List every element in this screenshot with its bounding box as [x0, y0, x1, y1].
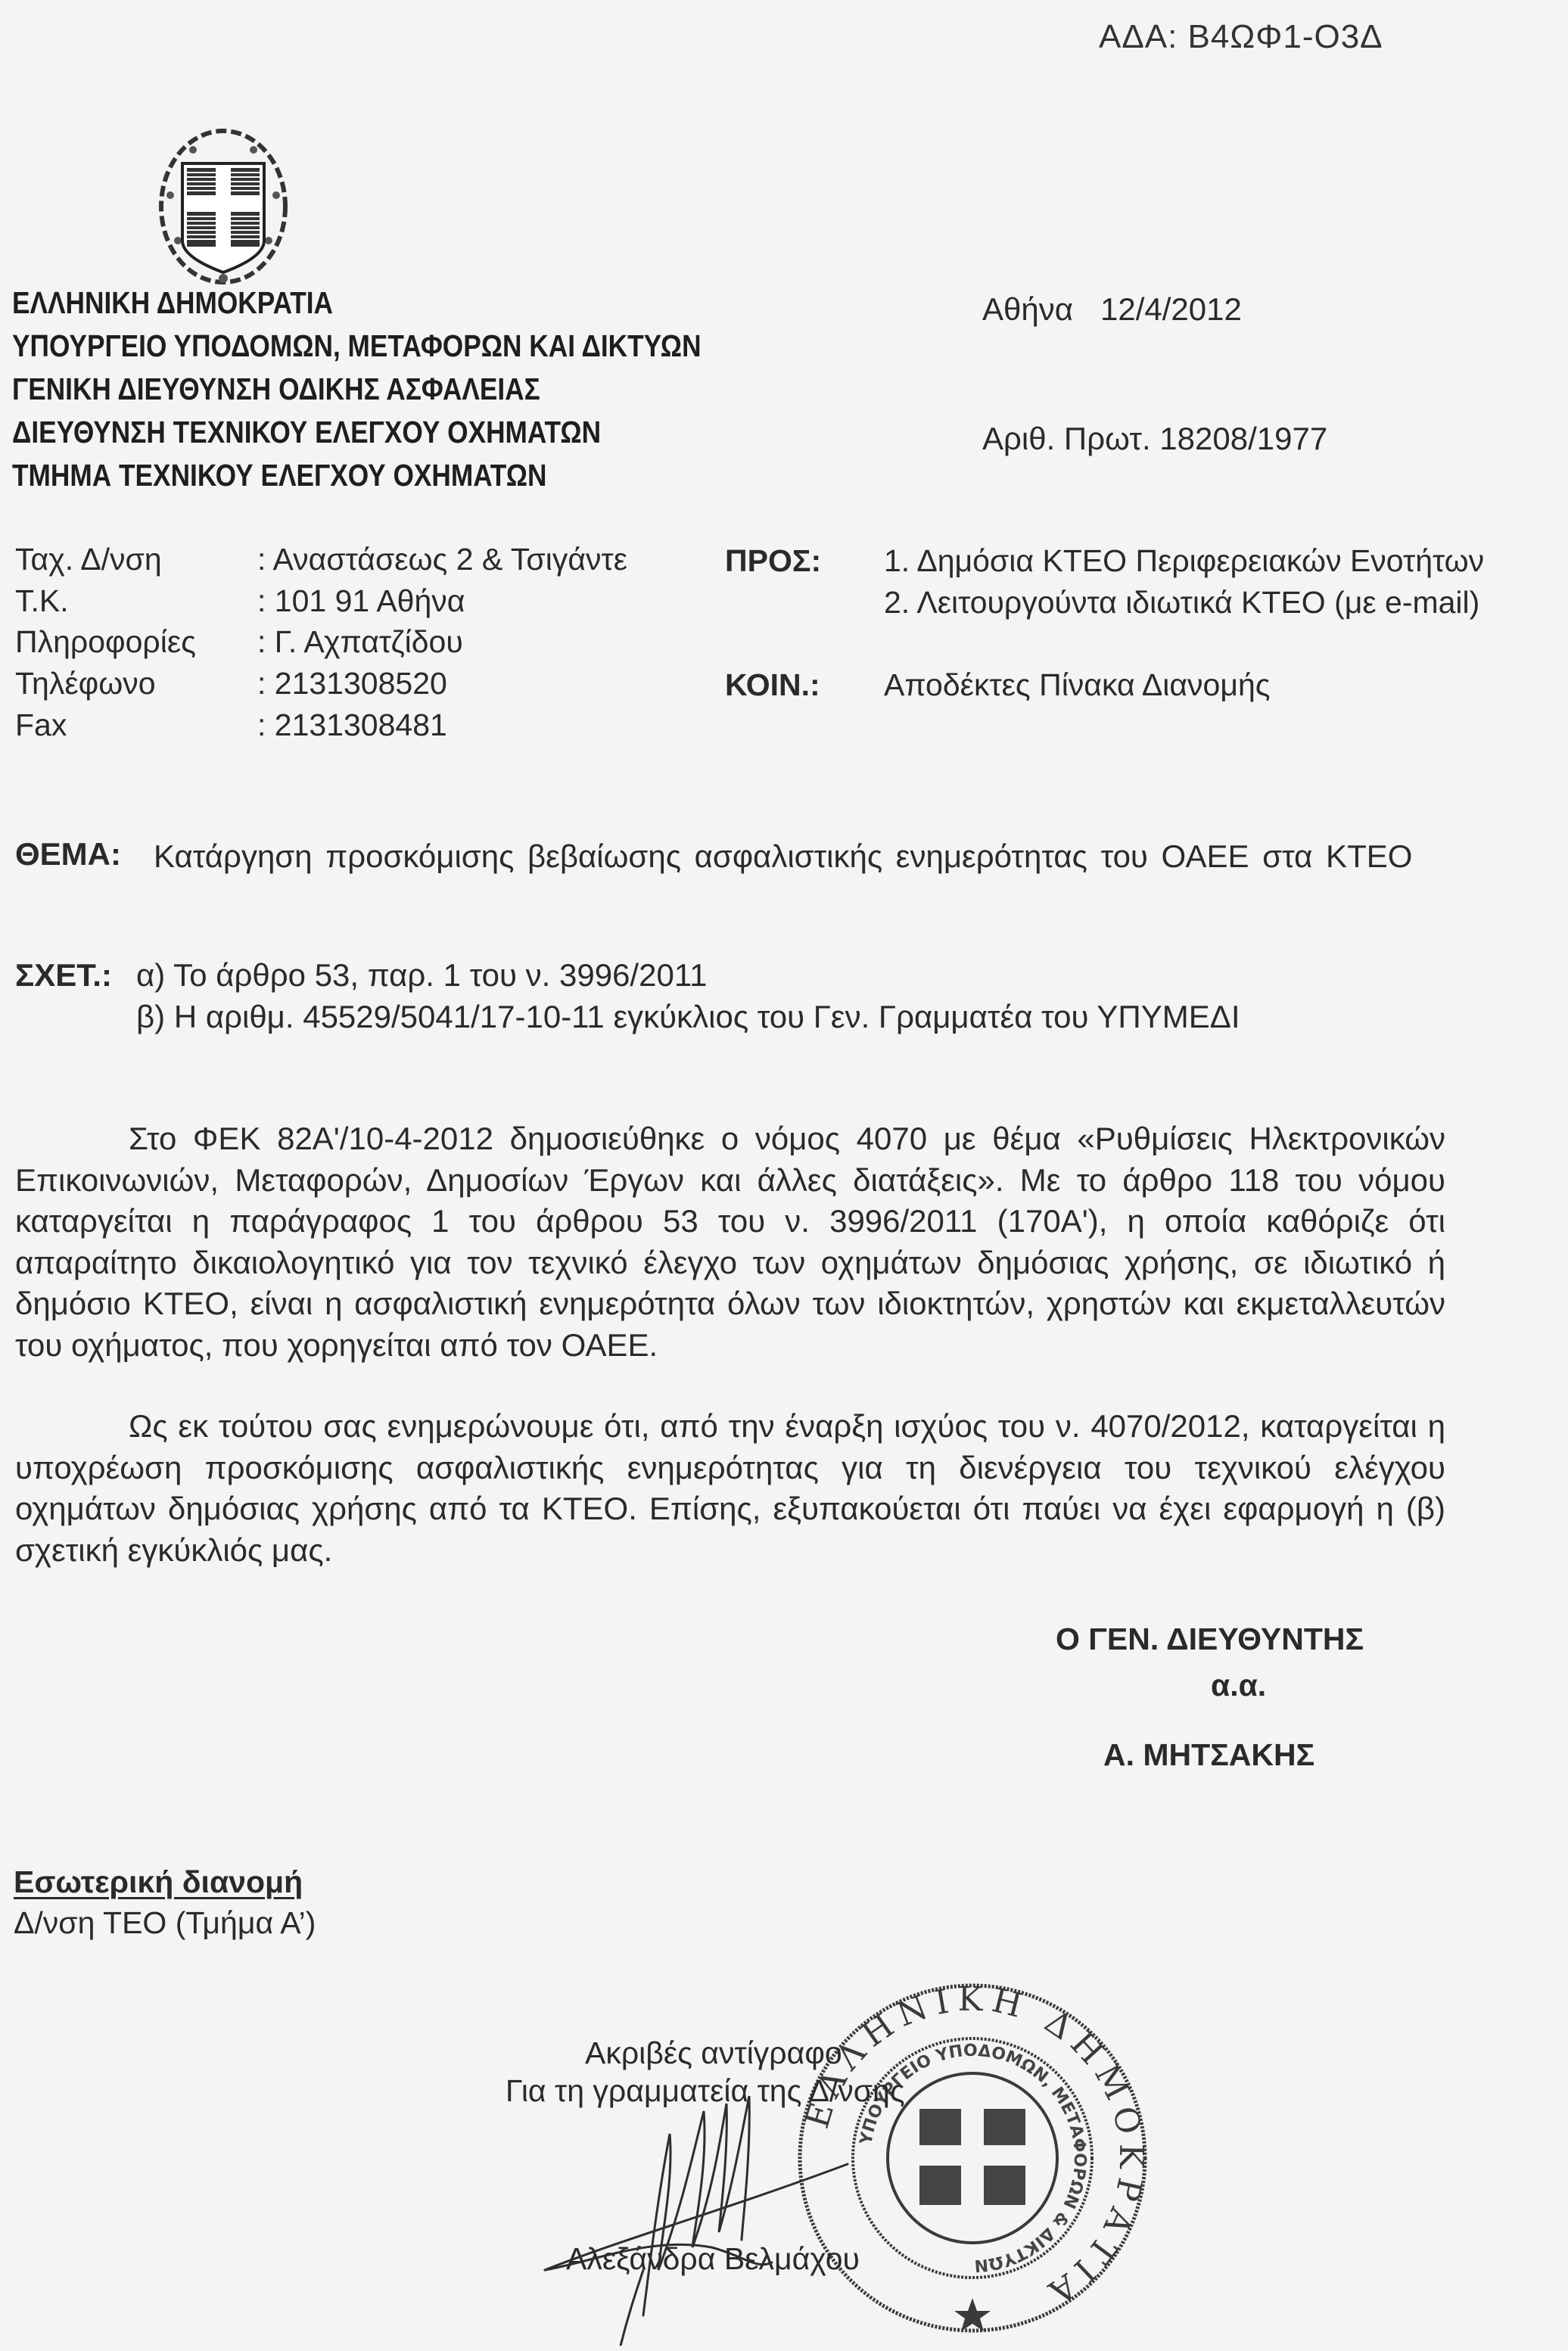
- recipients-cc-value: Αποδέκτες Πίνακα Διανομής: [884, 667, 1271, 703]
- date-value: 12/4/2012: [1100, 291, 1242, 327]
- related-label: ΣΧΕΤ.:: [15, 957, 112, 994]
- recipients-cc-label: ΚΟΙΝ.:: [725, 667, 820, 703]
- contact-value-address: : Αναστάσεως 2 & Τσιγάντε: [257, 542, 627, 577]
- contact-label-info: Πληροφορίες: [15, 624, 196, 660]
- contact-value-phone: : 2131308520: [257, 666, 447, 701]
- recipient-item: 1. Δημόσια ΚΤΕΟ Περιφερειακών Ενοτήτων: [884, 543, 1484, 579]
- ada-code: ΑΔΑ: Β4ΩΦ1-Ο3Δ: [1099, 18, 1383, 56]
- header-directorate: ΔΙΕΥΘΥΝΣΗ ΤΕΧΝΙΚΟΥ ΕΛΕΓΧΟΥ ΟΧΗΜΑΤΩΝ: [12, 415, 601, 450]
- body-paragraph-text: Ως εκ τούτου σας ενημερώνουμε ότι, από τ…: [15, 1408, 1445, 1568]
- related-item: α) Το άρθρο 53, παρ. 1 του ν. 3996/2011: [136, 957, 707, 994]
- signatory-name: Α. ΜΗΤΣΑΚΗΣ: [1103, 1737, 1314, 1773]
- contact-label-fax: Fax: [15, 707, 67, 743]
- contact-value-fax: : 2131308481: [257, 707, 447, 743]
- header-department: ΤΜΗΜΑ ΤΕΧΝΙΚΟΥ ΕΛΕΓΧΟΥ ΟΧΗΜΑΤΩΝ: [12, 458, 546, 493]
- date-place: Αθήνα: [982, 291, 1073, 327]
- body-paragraph: Ως εκ τούτου σας ενημερώνουμε ότι, από τ…: [15, 1406, 1445, 1571]
- header-general-directorate: ΓΕΝΙΚΗ ΔΙΕΥΘΥΝΣΗ ΟΔΙΚΗΣ ΑΣΦΑΛΕΙΑΣ: [12, 372, 540, 407]
- contact-value-postcode: : 101 91 Αθήνα: [257, 583, 465, 619]
- greek-coat-of-arms-icon: [148, 127, 299, 294]
- contact-label-postcode: Τ.Κ.: [15, 583, 69, 619]
- protocol-label: Αριθ. Πρωτ.: [982, 421, 1151, 456]
- subject-text: Κατάργηση προσκόμισης βεβαίωσης ασφαλιστ…: [154, 836, 1444, 877]
- signatory-on-behalf: α.α.: [1211, 1668, 1266, 1703]
- header-republic: ΕΛΛΗΝΙΚΗ ΔΗΜΟΚΡΑΤΙΑ: [12, 285, 333, 321]
- body-paragraph-text: Στο ΦΕΚ 82Α'/10-4-2012 δημοσιεύθηκε ο νό…: [15, 1121, 1445, 1363]
- contact-label-address: Ταχ. Δ/νση: [15, 542, 162, 577]
- internal-distribution-title: Εσωτερική διανομή: [14, 1864, 303, 1900]
- subject-label: ΘΕΜΑ:: [15, 836, 121, 872]
- protocol-number: Αριθ. Πρωτ. 18208/1977: [982, 421, 1327, 457]
- document-page: ΑΔΑ: Β4ΩΦ1-Ο3Δ ΕΛΛΗΝΙΚΗ ΔΗΜΟΚΡΑΤΙΑ ΥΠΟΥΡ…: [0, 0, 1568, 2351]
- contact-value-info: : Γ. Αχπατζίδου: [257, 624, 463, 660]
- body-paragraph: Στο ΦΕΚ 82Α'/10-4-2012 δημοσιεύθηκε ο νό…: [15, 1118, 1445, 1366]
- contact-label-phone: Τηλέφωνο: [15, 666, 156, 701]
- handwritten-signature-icon: [530, 2043, 954, 2346]
- protocol-value: 18208/1977: [1159, 421, 1327, 456]
- recipients-to-label: ΠΡΟΣ:: [725, 543, 821, 579]
- internal-distribution-item: Δ/νση ΤΕΟ (Τμήμα Α’): [14, 1905, 316, 1941]
- related-item: β) Η αριθμ. 45529/5041/17-10-11 εγκύκλιο…: [136, 999, 1240, 1035]
- header-ministry: ΥΠΟΥΡΓΕΙΟ ΥΠΟΔΟΜΩΝ, ΜΕΤΑΦΟΡΩΝ ΚΑΙ ΔΙΚΤΥΩ…: [12, 328, 702, 364]
- date-line: Αθήνα12/4/2012: [982, 291, 1242, 328]
- signatory-title: Ο ΓΕΝ. ΔΙΕΥΘΥΝΤΗΣ: [1056, 1622, 1364, 1657]
- recipient-item: 2. Λειτουργούντα ιδιωτικά ΚΤΕΟ (με e-mai…: [884, 585, 1479, 620]
